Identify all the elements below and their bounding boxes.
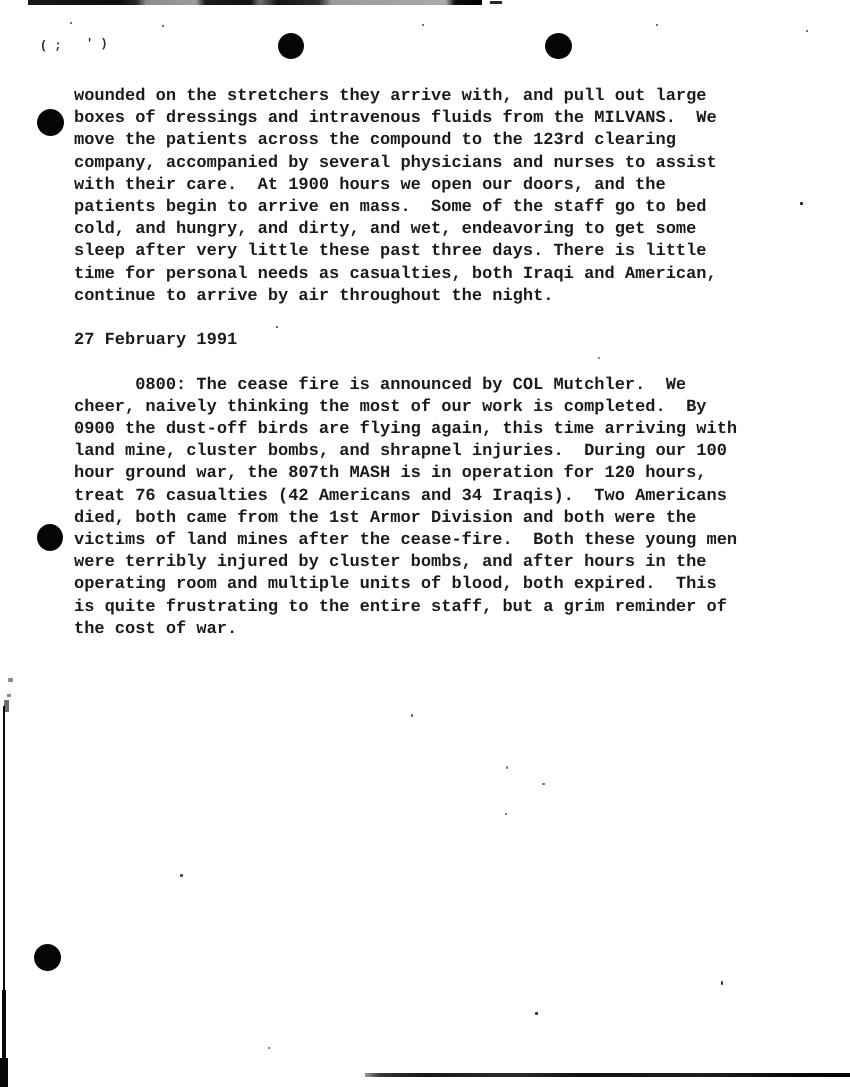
scan-speck	[162, 25, 164, 27]
hole-punch-dot	[37, 524, 63, 551]
diary-entry-paragraph: 0800: The cease fire is announced by COL…	[74, 375, 764, 641]
scan-speck	[806, 30, 808, 32]
scan-speck	[800, 202, 803, 205]
scan-artifact-left-mark	[7, 694, 11, 697]
hole-punch-dot	[545, 33, 572, 59]
scanned-document-page: ( ; ' ) wounded on the stretchers they a…	[0, 0, 850, 1087]
scan-speck	[411, 714, 413, 717]
stray-typed-marks-left: ( ;	[40, 40, 62, 52]
hole-punch-dot	[34, 944, 61, 971]
scan-speck	[268, 1047, 270, 1049]
scan-artifact-top-dash	[490, 1, 502, 4]
scan-speck	[506, 766, 508, 769]
scan-speck	[422, 24, 424, 26]
hole-punch-dot	[278, 33, 304, 59]
scan-speck	[70, 22, 72, 24]
scan-artifact-left-mark	[8, 678, 13, 682]
typewritten-text-column: wounded on the stretchers they arrive wi…	[74, 86, 764, 641]
scan-speck	[180, 874, 183, 877]
scan-speck	[542, 783, 545, 785]
date-heading: 27 February 1991	[74, 330, 764, 352]
scan-speck	[656, 24, 658, 26]
scan-speck	[598, 357, 600, 359]
scan-artifact-left-line	[0, 1058, 8, 1087]
hole-punch-dot	[37, 109, 64, 136]
scan-artifact-bottom-edge	[365, 1073, 850, 1077]
stray-typed-marks-right: ' )	[86, 38, 108, 50]
scan-speck	[276, 326, 278, 328]
scan-artifact-top-edge	[28, 0, 482, 5]
diary-paragraph-continuation: wounded on the stretchers they arrive wi…	[74, 86, 764, 308]
scan-speck	[721, 981, 723, 985]
scan-speck	[505, 813, 507, 815]
scan-speck	[535, 1012, 538, 1015]
